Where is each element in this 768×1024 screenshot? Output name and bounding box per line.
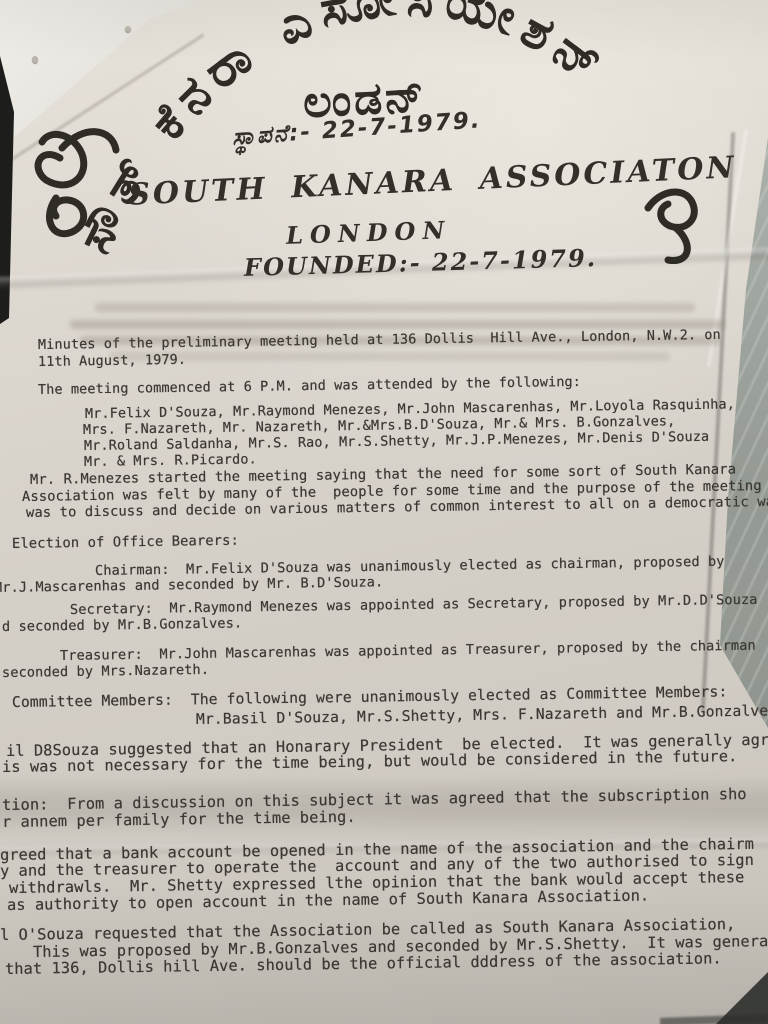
typed-line: 11th August, 1979. <box>38 354 186 370</box>
show-through-text-line <box>110 352 670 361</box>
kannada-flourish-left <box>62 132 116 150</box>
kannada-flourish-right <box>648 192 694 227</box>
typed-line: Mr. & Mrs. R.Picardo. <box>84 453 257 469</box>
kannada-flourish-left <box>38 134 84 185</box>
kannada-flourish-left <box>49 198 83 234</box>
kannada-flourish-right <box>668 228 687 261</box>
photo-of-document: ಸೌತ್ ಕೆನರಾ ಎಸೋಸಿಯೇಶನ್ ಲಂಡನ್ ಸ್ಥಾಪನೆ:- 22… <box>0 0 768 1024</box>
typed-line: seconded by Mrs.Nazareth. <box>2 664 209 681</box>
london-title: LONDON <box>286 215 452 250</box>
